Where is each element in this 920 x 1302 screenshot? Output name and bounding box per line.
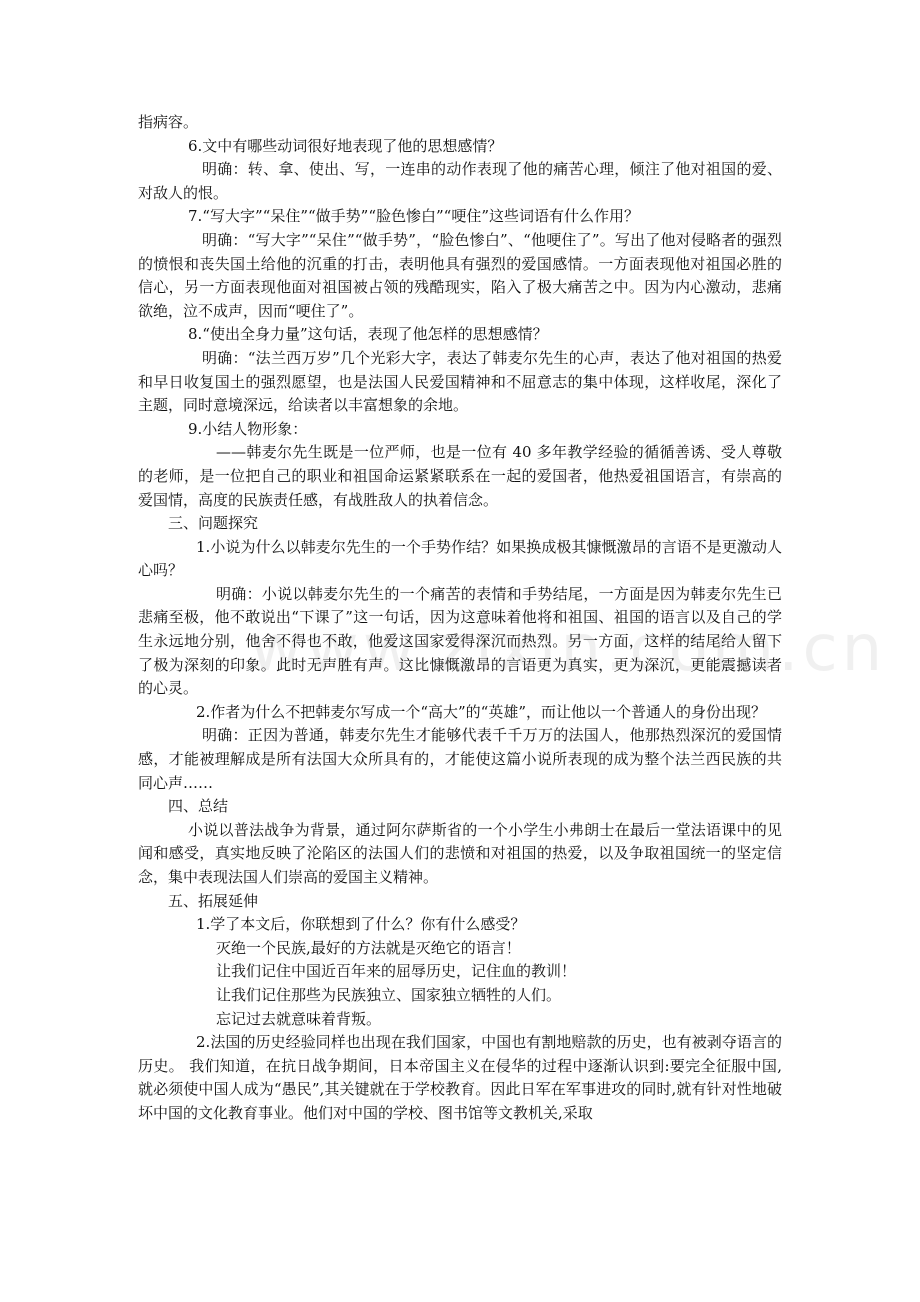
question-8: 8.“使出全身力量”这句话，表现了他怎样的思想感情？: [138, 323, 782, 347]
extension-line-2: 让我们记住中国近百年来的屈辱历史，记住血的教训！: [138, 960, 782, 984]
document-page: 指病容。 6.文中有哪些动词很好地表现了他的思想感情？ 明确：转、拿、使出、写，…: [138, 111, 782, 1126]
extension-line-1: 灭绝一个民族,最好的方法就是灭绝它的语言！: [138, 937, 782, 961]
extension-line-3: 让我们记住那些为民族独立、国家独立牺牲的人们。: [138, 984, 782, 1008]
character-summary: ——韩麦尔先生既是一位严师，也是一位有 40 多年教学经验的循循善诱、受人尊敬的…: [138, 441, 782, 512]
inquiry-question-1: 1.小说为什么以韩麦尔先生的一个手势作结？如果换成极其慷慨激昂的言语不是更激动人…: [138, 536, 782, 583]
inquiry-answer-1: 明确：小说以韩麦尔先生的一个痛苦的表情和手势结尾，一方面是因为韩麦尔先生已悲痛至…: [138, 583, 782, 701]
inquiry-answer-2: 明确：正因为普通，韩麦尔先生才能够代表千千万万的法国人，他那热烈深沉的爱国情感，…: [138, 724, 782, 795]
answer-6: 明确：转、拿、使出、写，一连串的动作表现了他的痛苦心理，倾注了他对祖国的爱、对敌…: [138, 158, 782, 205]
paragraph-continuation: 指病容。: [138, 111, 782, 135]
question-6: 6.文中有哪些动词很好地表现了他的思想感情？: [138, 135, 782, 159]
question-9: 9.小结人物形象：: [138, 418, 782, 442]
extension-question-1: 1.学了本文后，你联想到了什么？你有什么感受？: [138, 913, 782, 937]
answer-7: 明确：“写大字”“呆住”“做手势”，“脸色惨白”、“他哽住了”。写出了他对侵略者…: [138, 229, 782, 323]
extension-question-2: 2.法国的历史经验同样也出现在我们国家，中国也有割地赔款的历史，也有被剥夺语言的…: [138, 1031, 782, 1125]
question-7: 7.“写大字”“呆住”“做手势”“脸色惨白”“哽住”这些词语有什么作用？: [138, 205, 782, 229]
section-heading-extension: 五、拓展延伸: [138, 890, 782, 914]
section-heading-summary: 四、总结: [138, 795, 782, 819]
summary-paragraph: 小说以普法战争为背景，通过阿尔萨斯省的一个小学生小弗朗士在最后一堂法语课中的见闻…: [138, 819, 782, 890]
section-heading-inquiry: 三、问题探究: [138, 512, 782, 536]
answer-8: 明确：“法兰西万岁”几个光彩大字，表达了韩麦尔先生的心声，表达了他对祖国的热爱和…: [138, 347, 782, 418]
extension-line-4: 忘记过去就意味着背叛。: [138, 1008, 782, 1032]
inquiry-question-2: 2.作者为什么不把韩麦尔写成一个“高大”的“英雄”，而让他以一个普通人的身份出现…: [138, 701, 782, 725]
